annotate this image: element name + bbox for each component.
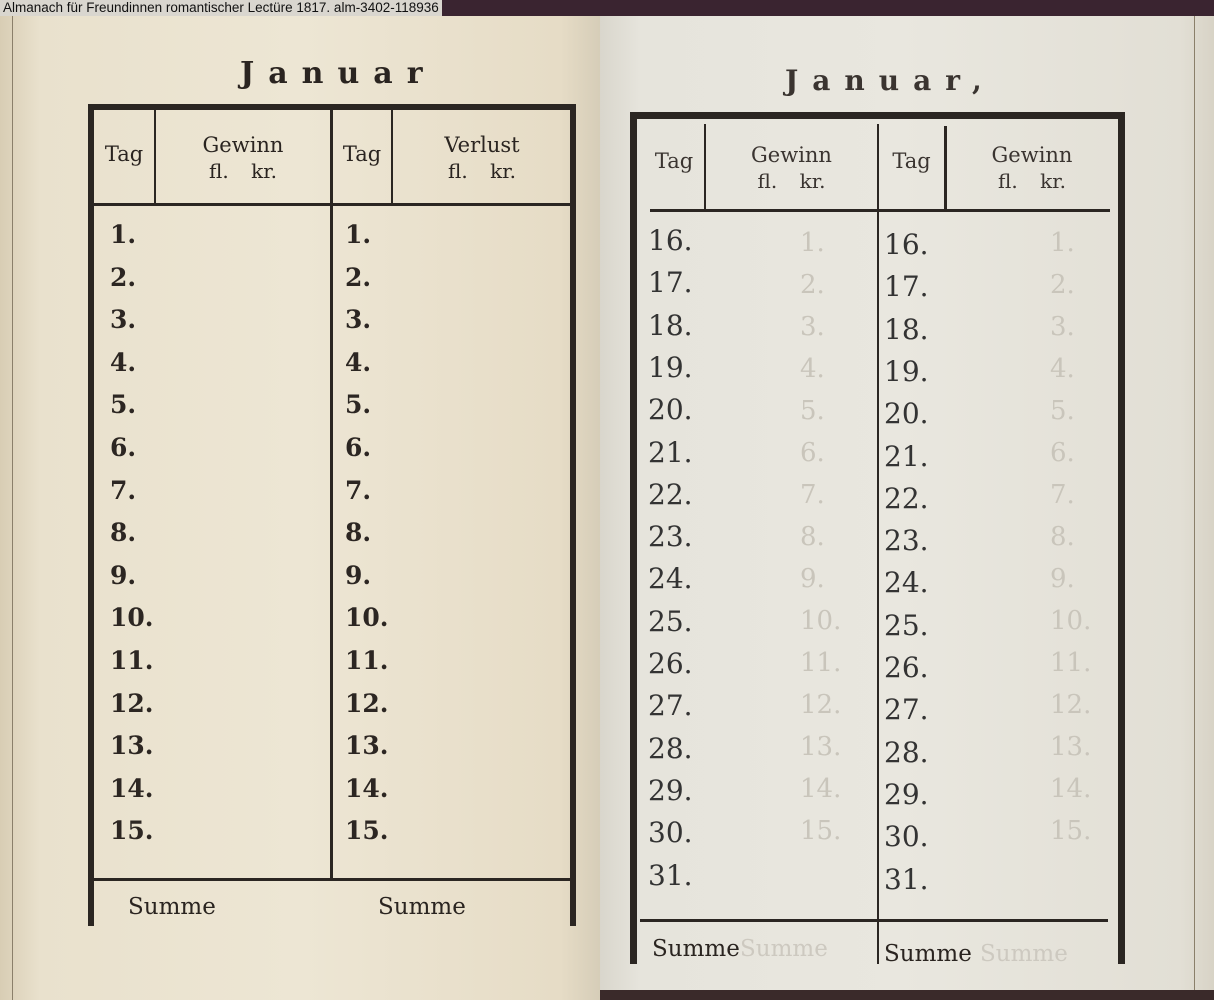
page-edge-line — [12, 16, 13, 1000]
day-number: 22. — [884, 482, 929, 515]
summe-rule — [640, 919, 1108, 922]
header-gewinn: Gewinn fl. kr. — [156, 132, 330, 184]
day-number: 2. — [110, 263, 136, 292]
day-number: 31. — [884, 863, 929, 896]
show-through-number: 12. — [1050, 690, 1091, 720]
header-tag: Tag — [879, 148, 944, 174]
show-through-number: 6. — [800, 438, 825, 468]
show-through-number: 15. — [800, 816, 841, 846]
summe-rule — [88, 878, 576, 881]
day-number: 5. — [110, 390, 136, 419]
show-through-number: 13. — [800, 732, 841, 762]
show-through-number: 11. — [800, 648, 841, 678]
day-number: 20. — [648, 393, 693, 426]
show-through-number: 13. — [1050, 732, 1091, 762]
day-number: 26. — [884, 651, 929, 684]
day-number: 15. — [345, 816, 389, 845]
show-through-number: 9. — [800, 564, 825, 594]
header-verlust: Verlust fl. kr. — [393, 132, 571, 184]
show-through-number: 6. — [1050, 438, 1075, 468]
show-through-number: 1. — [800, 228, 825, 258]
show-through-number: 8. — [800, 522, 825, 552]
summe-label: Summe — [378, 894, 466, 920]
day-number: 25. — [648, 605, 693, 638]
header-verlust-title: Verlust — [444, 133, 519, 157]
header-gewinn-2: Gewinn fl. kr. — [947, 142, 1117, 194]
show-through-number: 14. — [1050, 774, 1091, 804]
summe-label: Summe — [884, 941, 972, 967]
summe-label: Summe — [128, 894, 216, 920]
day-number: 4. — [110, 348, 136, 377]
header-rule — [650, 209, 1110, 212]
day-number: 27. — [648, 689, 693, 722]
day-number: 3. — [345, 305, 371, 334]
day-number: 28. — [884, 736, 929, 769]
summe-show-through: Summe — [740, 936, 828, 962]
header-gewinn-2-units: fl. kr. — [947, 168, 1117, 194]
day-number: 10. — [345, 603, 389, 632]
header-gewinn-title: Gewinn — [751, 143, 832, 167]
show-through-number: 10. — [800, 606, 841, 636]
right-page: Januar, Tag Gewinn fl. kr. Tag Gewinn fl… — [600, 16, 1214, 1000]
show-through-number: 1. — [1050, 228, 1075, 258]
show-through-number: 12. — [800, 690, 841, 720]
day-number: 9. — [110, 561, 136, 590]
day-number: 2. — [345, 263, 371, 292]
show-through-number: 3. — [800, 312, 825, 342]
day-number: 13. — [345, 731, 389, 760]
show-through-number: 7. — [800, 480, 825, 510]
day-number: 21. — [648, 436, 693, 469]
header-tag: Tag — [94, 141, 154, 167]
day-number: 14. — [110, 774, 154, 803]
day-number: 16. — [648, 224, 693, 257]
day-number: 18. — [648, 309, 693, 342]
day-number: 16. — [884, 228, 929, 261]
month-title: Januar — [240, 56, 437, 91]
day-number: 22. — [648, 478, 693, 511]
day-number: 28. — [648, 732, 693, 765]
column-divider-center — [330, 108, 333, 880]
header-verlust-units: fl. kr. — [393, 158, 571, 184]
show-through-number: 4. — [1050, 354, 1075, 384]
day-number: 11. — [110, 646, 154, 675]
show-through-number: 7. — [1050, 480, 1075, 510]
day-number: 12. — [345, 689, 389, 718]
day-number: 6. — [345, 433, 371, 462]
day-number: 17. — [884, 270, 929, 303]
show-through-number: 3. — [1050, 312, 1075, 342]
day-number: 24. — [648, 562, 693, 595]
summe-label: Summe — [652, 936, 740, 962]
show-through-number: 2. — [800, 270, 825, 300]
show-through-number: 5. — [1050, 396, 1075, 426]
header-tag: Tag — [644, 148, 704, 174]
day-number: 19. — [648, 351, 693, 384]
day-number: 7. — [345, 476, 371, 505]
bottom-edge-band — [600, 990, 1214, 1000]
page-edge-line — [1194, 16, 1195, 1000]
show-through-number: 9. — [1050, 564, 1075, 594]
header-gewinn-units: fl. kr. — [706, 168, 877, 194]
day-number: 24. — [884, 566, 929, 599]
column-divider-center — [877, 124, 879, 964]
header-tag: Tag — [333, 141, 391, 167]
day-number: 14. — [345, 774, 389, 803]
day-number: 1. — [345, 220, 371, 249]
show-through-number: 8. — [1050, 522, 1075, 552]
day-number: 26. — [648, 647, 693, 680]
day-number: 8. — [345, 518, 371, 547]
show-through-number: 11. — [1050, 648, 1091, 678]
day-number: 30. — [884, 820, 929, 853]
day-number: 5. — [345, 390, 371, 419]
left-page: Januar Tag Gewinn fl. kr. Tag Verlust fl… — [0, 16, 600, 1000]
day-number: 31. — [648, 859, 693, 892]
day-number: 15. — [110, 816, 154, 845]
show-through-number: 10. — [1050, 606, 1091, 636]
show-through-number: 2. — [1050, 270, 1075, 300]
show-through-number: 14. — [800, 774, 841, 804]
day-number: 23. — [884, 524, 929, 557]
day-number: 6. — [110, 433, 136, 462]
day-number: 29. — [648, 774, 693, 807]
day-number: 29. — [884, 778, 929, 811]
day-number: 17. — [648, 266, 693, 299]
show-through-number: 4. — [800, 354, 825, 384]
header-gewinn-2-title: Gewinn — [992, 143, 1073, 167]
day-number: 4. — [345, 348, 371, 377]
day-number: 21. — [884, 440, 929, 473]
day-number: 13. — [110, 731, 154, 760]
month-title: Januar, — [785, 64, 996, 97]
day-number: 25. — [884, 609, 929, 642]
day-number: 18. — [884, 313, 929, 346]
window-title: Almanach für Freundinnen romantischer Le… — [0, 0, 442, 16]
day-number: 30. — [648, 816, 693, 849]
day-number: 12. — [110, 689, 154, 718]
day-number: 1. — [110, 220, 136, 249]
day-number: 23. — [648, 520, 693, 553]
show-through-number: 15. — [1050, 816, 1091, 846]
day-number: 3. — [110, 305, 136, 334]
day-number: 11. — [345, 646, 389, 675]
header-gewinn-units: fl. kr. — [156, 158, 330, 184]
day-number: 9. — [345, 561, 371, 590]
day-number: 7. — [110, 476, 136, 505]
header-gewinn: Gewinn fl. kr. — [706, 142, 877, 194]
day-number: 19. — [884, 355, 929, 388]
day-number: 10. — [110, 603, 154, 632]
day-number: 27. — [884, 693, 929, 726]
show-through-number: 5. — [800, 396, 825, 426]
summe-show-through: Summe — [980, 941, 1068, 967]
day-number: 8. — [110, 518, 136, 547]
day-number: 20. — [884, 397, 929, 430]
header-gewinn-title: Gewinn — [203, 133, 284, 157]
